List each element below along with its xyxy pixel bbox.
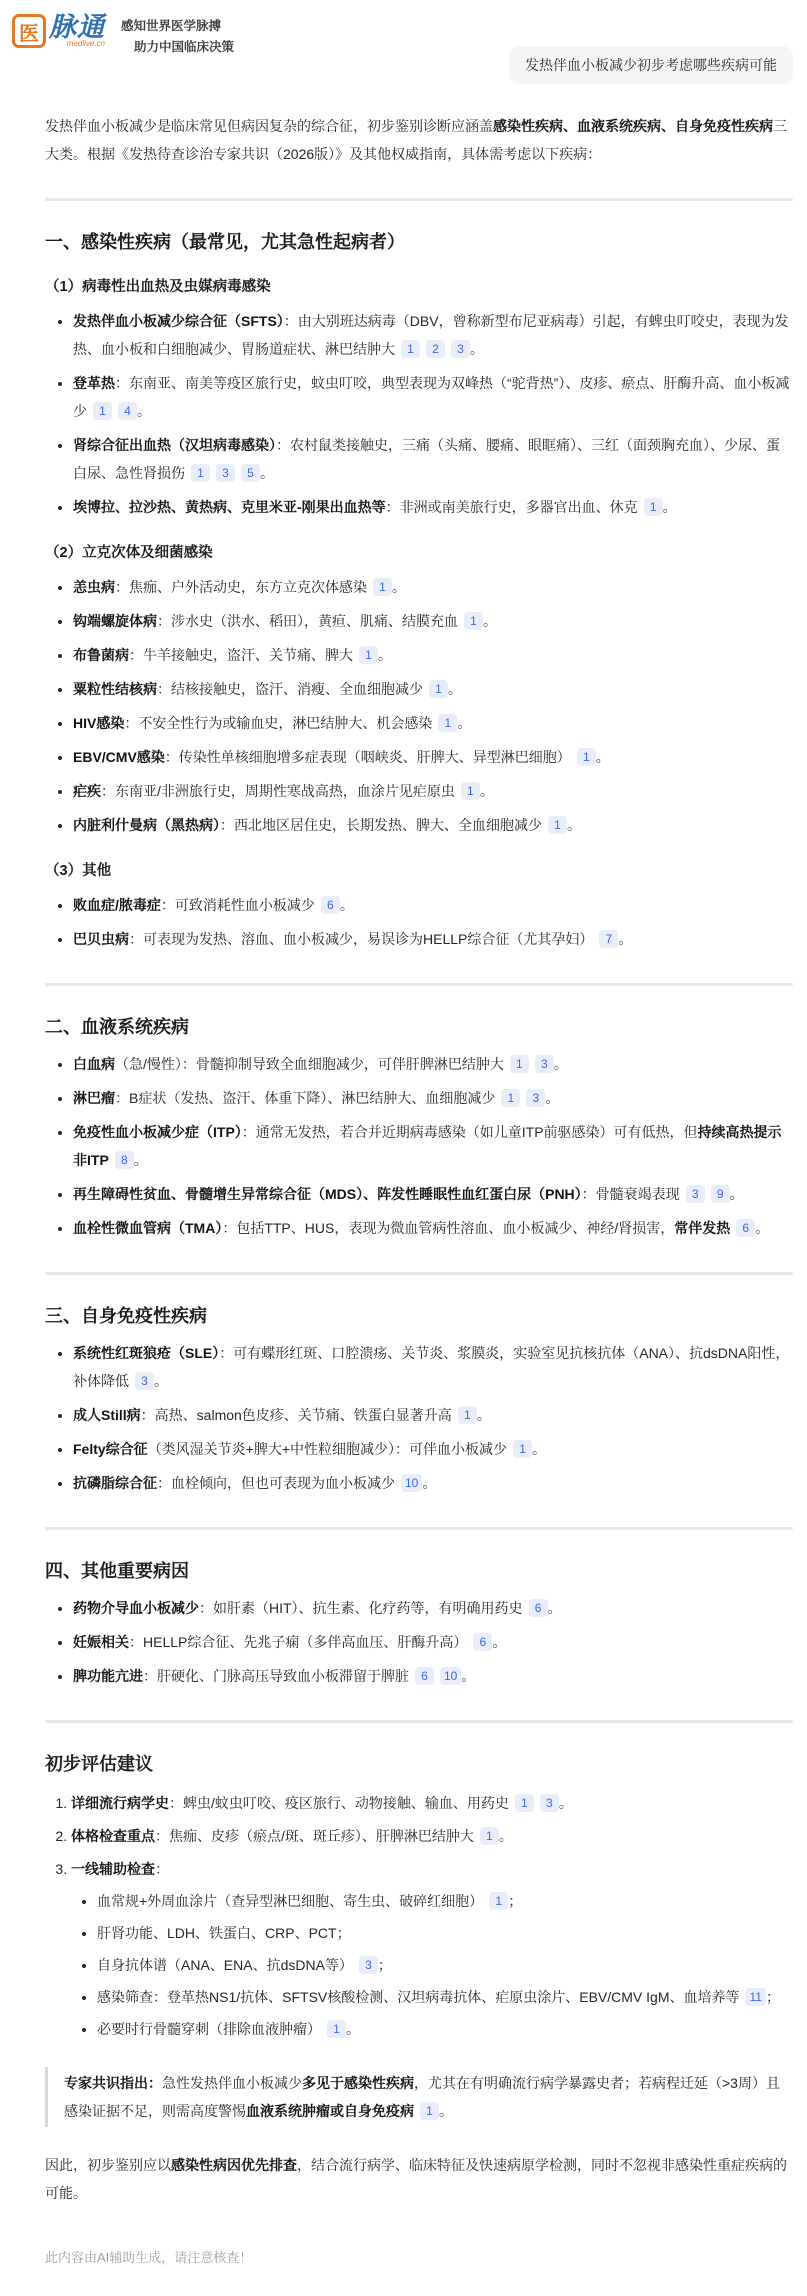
bold-text-segment: 详细流行病学史	[71, 1795, 169, 1811]
text-segment: 。	[448, 681, 462, 697]
section-divider	[45, 198, 793, 201]
text-segment: ：东南亚/非洲旅行史，周期性寒战高热，血涂片见疟原虫	[101, 783, 455, 799]
bold-text-segment: 妊娠相关	[73, 1634, 129, 1650]
text-segment: 。	[137, 403, 151, 419]
text-segment: 。	[457, 715, 471, 731]
sub-list-item: 感染筛查：登革热NS1/抗体、SFTSV核酸检测、汉坦病毒抗体、疟原虫涂片、EB…	[97, 1983, 793, 2011]
text-segment: ；	[766, 1989, 780, 2005]
text-segment: 。	[532, 1441, 546, 1457]
citation-badge[interactable]: 3	[359, 1956, 378, 1974]
text-segment: ；	[378, 1957, 392, 1973]
text-segment: （急/慢性）：骨髓抑制导致全血细胞减少，可伴肝脾淋巴结肿大	[115, 1056, 504, 1072]
citation-badge[interactable]: 6	[321, 896, 340, 914]
text-segment: 肝肾功能、LDH、铁蛋白、CRP、PCT；	[97, 1925, 351, 1941]
list-item: 布鲁菌病：牛羊接触史，盗汗、关节痛、脾大1。	[73, 641, 793, 669]
citation-badge[interactable]: 1	[429, 680, 448, 698]
numbered-item: 一线辅助检查：血常规+外周血涂片（查异型淋巴细胞、寄生虫、破碎红细胞）1；肝肾功…	[71, 1855, 793, 2043]
citation-badge[interactable]: 3	[526, 1089, 545, 1107]
bold-text-segment: 钩端螺旋体病	[73, 613, 157, 629]
list-item: 败血症/脓毒症：可致消耗性血小板减少6。	[73, 891, 793, 919]
text-segment: 。	[545, 1090, 559, 1106]
list-item: 脾功能亢进：肝硬化、门脉高压导致血小板滞留于脾脏610。	[73, 1662, 793, 1690]
list-item: 巴贝虫病：可表现为发热、溶血、血小板减少，易误诊为HELLP综合征（尤其孕妇）7…	[73, 925, 793, 953]
text-segment: 。	[755, 1220, 769, 1236]
text-segment: ；	[508, 1893, 522, 1909]
bold-text-segment: 淋巴瘤	[73, 1090, 115, 1106]
citation-badge[interactable]: 7	[599, 930, 618, 948]
citation-badge[interactable]: 1	[93, 402, 112, 420]
citation-badge[interactable]: 1	[401, 340, 420, 358]
list-item: 再生障碍性贫血、骨髓增生异常综合征（MDS）、阵发性睡眠性血红蛋白尿（PNH）：…	[73, 1180, 793, 1208]
text-segment: ：B症状（发热、盗汗、体重下降）、淋巴结肿大、血细胞减少	[115, 1090, 495, 1106]
text-segment: ：通常无发热，若合并近期病毒感染（如儿童ITP前驱感染）可有低热，但	[242, 1124, 698, 1140]
text-segment: ：高热、salmon色皮疹、关节痛、铁蛋白显著升高	[141, 1407, 452, 1423]
text-segment: ：涉水史（洪水、稻田），黄疸、肌痛、结膜充血	[157, 613, 458, 629]
section-divider	[45, 1720, 793, 1723]
citation-badge[interactable]: 2	[426, 340, 445, 358]
bold-text-segment: 发热伴血小板减少综合征（SFTS）	[73, 313, 284, 329]
citation-badge[interactable]: 1	[420, 2102, 439, 2120]
bullet-list: 发热伴血小板减少综合征（SFTS）：由大别班达病毒（DBV，曾称新型布尼亚病毒）…	[45, 307, 793, 521]
bold-text-segment: 一线辅助检查	[71, 1861, 155, 1877]
citation-badge[interactable]: 3	[540, 1794, 559, 1812]
bold-text-segment: 脾功能亢进	[73, 1668, 143, 1684]
sub-list-item: 自身抗体谱（ANA、ENA、抗dsDNA等）3；	[97, 1951, 793, 1979]
list-item: HIV感染：不安全性行为或输血史，淋巴结肿大、机会感染1。	[73, 709, 793, 737]
text-segment: 。	[346, 2021, 360, 2037]
bullet-list: 败血症/脓毒症：可致消耗性血小板减少6。巴贝虫病：可表现为发热、溶血、血小板减少…	[45, 891, 793, 953]
bold-text-segment: 恙虫病	[73, 579, 115, 595]
text-segment: 。	[559, 1795, 573, 1811]
list-item: 系统性红斑狼疮（SLE）：可有蝶形红斑、口腔溃疡、关节炎、浆膜炎，实验室见抗核抗…	[73, 1339, 793, 1395]
section-heading: 四、其他重要病因	[45, 1558, 793, 1584]
sub-list-item: 必要时行骨髓穿刺（排除血液肿瘤）1。	[97, 2015, 793, 2043]
bold-text-segment: 白血病	[73, 1056, 115, 1072]
text-segment: 。	[554, 1056, 568, 1072]
text-segment: 。	[477, 1407, 491, 1423]
citation-badge[interactable]: 1	[489, 1892, 508, 1910]
bullet-list: 药物介导血小板减少：如肝素（HIT）、抗生素、化疗药等，有明确用药史6。妊娠相关…	[45, 1594, 793, 1690]
citation-badge[interactable]: 1	[438, 714, 457, 732]
numbered-list: 详细流行病学史：蜱虫/蚊虫叮咬、疫区旅行、动物接触、输血、用药史13。体格检查重…	[45, 1789, 793, 2043]
bold-text-segment: 再生障碍性贫血、骨髓增生异常综合征（MDS）、阵发性睡眠性血红蛋白尿（PNH）	[73, 1186, 582, 1202]
bold-text-segment: 药物介导血小板减少	[73, 1600, 199, 1616]
citation-badge[interactable]: 1	[458, 1406, 477, 1424]
citation-badge[interactable]: 1	[464, 612, 483, 630]
bold-text-segment: 体格检查重点	[71, 1828, 155, 1844]
user-message-bubble: 发热伴血小板减少初步考虑哪些疾病可能	[509, 46, 793, 84]
text-segment: 。	[439, 2103, 453, 2119]
text-segment: 。	[260, 465, 274, 481]
text-segment: ：包括TTP、HUS，表现为微血管病性溶血、血小板减少、神经/肾损害，	[222, 1220, 674, 1236]
bold-text-segment: 肾综合征出血热（汉坦病毒感染）	[73, 437, 276, 453]
citation-badge[interactable]: 1	[548, 816, 567, 834]
text-segment: ：骨髓衰竭表现	[582, 1186, 680, 1202]
citation-badge[interactable]: 3	[216, 464, 235, 482]
intro-paragraph: 发热伴血小板减少是临床常见但病因复杂的综合征，初步鉴别诊断应涵盖感染性疾病、血液…	[45, 112, 793, 168]
list-item: 血栓性微血管病（TMA）：包括TTP、HUS，表现为微血管病性溶血、血小板减少、…	[73, 1214, 793, 1242]
citation-badge[interactable]: 1	[191, 464, 210, 482]
citation-badge[interactable]: 3	[135, 1372, 154, 1390]
bold-text-segment: 系统性红斑狼疮（SLE）	[73, 1345, 219, 1361]
subsection-heading: （1）病毒性出血热及虫媒病毒感染	[45, 277, 793, 297]
bold-text-segment: 布鲁菌病	[73, 647, 129, 663]
bullet-list: 系统性红斑狼疮（SLE）：可有蝶形红斑、口腔溃疡、关节炎、浆膜炎，实验室见抗核抗…	[45, 1339, 793, 1497]
text-segment: 因此，初步鉴别应以	[45, 2157, 171, 2173]
subsection-heading: （2）立克次体及细菌感染	[45, 543, 793, 563]
sub-list-item: 血常规+外周血涂片（查异型淋巴细胞、寄生虫、破碎红细胞）1；	[97, 1887, 793, 1915]
section-divider	[45, 1527, 793, 1530]
text-segment: ：	[155, 1861, 169, 1877]
bold-text-segment: 免疫性血小板减少症（ITP）	[73, 1124, 242, 1140]
list-item: 药物介导血小板减少：如肝素（HIT）、抗生素、化疗药等，有明确用药史6。	[73, 1594, 793, 1622]
text-segment: ：可致消耗性血小板减少	[161, 897, 315, 913]
citation-badge[interactable]: 6	[736, 1219, 755, 1237]
text-segment: 。	[567, 817, 581, 833]
list-item: 成人Still病：高热、salmon色皮疹、关节痛、铁蛋白显著升高1。	[73, 1401, 793, 1429]
list-item: EBV/CMV感染：传染性单核细胞增多症表现（咽峡炎、肝脾大、异型淋巴细胞）1。	[73, 743, 793, 771]
text-segment: 血常规+外周血涂片（查异型淋巴细胞、寄生虫、破碎红细胞）	[97, 1893, 483, 1909]
text-segment: ：结核接触史，盗汗、消瘦、全血细胞减少	[157, 681, 423, 697]
citation-badge[interactable]: 1	[510, 1055, 529, 1073]
text-segment: 。	[480, 783, 494, 799]
citation-badge[interactable]: 3	[686, 1185, 705, 1203]
citation-badge[interactable]: 8	[115, 1151, 134, 1169]
list-item: 淋巴瘤：B症状（发热、盗汗、体重下降）、淋巴结肿大、血细胞减少13。	[73, 1084, 793, 1112]
bold-text-segment: 常伴发热	[674, 1220, 730, 1236]
logo-yi-mark: 医	[12, 14, 46, 48]
bullet-list: 恙虫病：焦痂、户外活动史，东方立克次体感染1。钩端螺旋体病：涉水史（洪水、稻田）…	[45, 573, 793, 839]
text-segment: 。	[470, 341, 484, 357]
list-item: 内脏利什曼病（黑热病）：西北地区居住史，长期发热、脾大、全血细胞减少1。	[73, 811, 793, 839]
citation-badge[interactable]: 1	[480, 1827, 499, 1845]
text-segment: 。	[548, 1600, 562, 1616]
text-segment: 。	[596, 749, 610, 765]
text-segment: 。	[134, 1152, 148, 1168]
text-segment: ：非洲或南美旅行史，多器官出血、休克	[386, 499, 638, 515]
bold-text-segment: HIV感染	[73, 715, 124, 731]
text-segment: 。	[154, 1373, 168, 1389]
tagline-line1: 感知世界医学脉搏	[121, 16, 234, 37]
bold-text-segment: 抗磷脂综合征	[73, 1475, 157, 1491]
citation-badge[interactable]: 1	[644, 498, 663, 516]
medlive-logo: 医 脉通 medlive.cn	[12, 12, 105, 48]
text-segment: ：蜱虫/蚊虫叮咬、疫区旅行、动物接触、输血、用药史	[169, 1795, 509, 1811]
section-heading: 二、血液系统疾病	[45, 1014, 793, 1040]
citation-badge[interactable]: 9	[711, 1185, 730, 1203]
citation-badge[interactable]: 11	[745, 1988, 765, 2006]
citation-badge[interactable]: 10	[440, 1667, 461, 1685]
bold-text-segment: Felty综合征	[73, 1441, 148, 1457]
list-item: 妊娠相关：HELLP综合征、先兆子痫（多伴高血压、肝酶升高）6。	[73, 1628, 793, 1656]
citation-badge[interactable]: 1	[577, 748, 596, 766]
citation-badge[interactable]: 6	[529, 1599, 548, 1617]
text-segment: 。	[340, 897, 354, 913]
conclusion-paragraph: 因此，初步鉴别应以感染性病因优先排查，结合流行病学、临床特征及快速病原学检测，同…	[45, 2151, 793, 2207]
citation-badge[interactable]: 5	[241, 464, 260, 482]
section-divider	[45, 1272, 793, 1275]
logo-wordmark: 脉通	[49, 12, 105, 42]
text-segment: 。	[499, 1828, 513, 1844]
citation-badge[interactable]: 6	[415, 1667, 434, 1685]
text-segment: ：血栓倾向，但也可表现为血小板减少	[157, 1475, 395, 1491]
logo-domain: medlive.cn	[49, 39, 105, 48]
list-item: 疟疾：东南亚/非洲旅行史，周期性寒战高热，血涂片见疟原虫1。	[73, 777, 793, 805]
list-item: 肾综合征出血热（汉坦病毒感染）：农村鼠类接触史，三痛（头痛、腰痛、眼眶痛）、三红…	[73, 431, 793, 487]
citation-badge[interactable]: 1	[515, 1794, 534, 1812]
text-segment: 。	[392, 579, 406, 595]
page-header: 医 脉通 medlive.cn 感知世界医学脉搏 助力中国临床决策	[0, 0, 807, 52]
text-segment: 必要时行骨髓穿刺（排除血液肿瘤）	[97, 2021, 321, 2037]
bold-text-segment: 感染性病因优先排查	[171, 2157, 297, 2173]
citation-badge[interactable]: 6	[473, 1633, 492, 1651]
text-segment: 急性发热伴血小板减少	[162, 2075, 302, 2091]
text-segment: ：东南亚、南美等疫区旅行史，蚊虫叮咬，典型表现为双峰热（“驼背热”）、皮疹、瘀点…	[73, 375, 789, 419]
bold-text-segment: 血液系统肿瘤或自身免疫病	[246, 2103, 414, 2119]
subsection-heading: （3）其他	[45, 861, 793, 881]
citation-badge[interactable]: 4	[118, 402, 137, 420]
ai-disclaimer: 此内容由AI辅助生成，请注意核查！	[45, 2247, 793, 2266]
citation-badge[interactable]: 3	[451, 340, 470, 358]
text-segment: 。	[730, 1186, 744, 1202]
tagline-line2: 助力中国临床决策	[121, 37, 234, 58]
citation-badge[interactable]: 10	[401, 1474, 422, 1492]
bold-text-segment: 埃博拉、拉沙热、黄热病、克里米亚-刚果出血热等	[73, 499, 386, 515]
bold-text-segment: 内脏利什曼病（黑热病）	[73, 817, 220, 833]
sub-bullet-list: 血常规+外周血涂片（查异型淋巴细胞、寄生虫、破碎红细胞）1；肝肾功能、LDH、铁…	[71, 1887, 793, 2043]
list-item: 免疫性血小板减少症（ITP）：通常无发热，若合并近期病毒感染（如儿童ITP前驱感…	[73, 1118, 793, 1174]
list-item: 发热伴血小板减少综合征（SFTS）：由大别班达病毒（DBV，曾称新型布尼亚病毒）…	[73, 307, 793, 363]
answer-body: 发热伴血小板减少是临床常见但病因复杂的综合征，初步鉴别诊断应涵盖感染性疾病、血液…	[0, 84, 807, 2207]
bold-text-segment: 多见于感染性疾病	[302, 2075, 414, 2091]
section-divider	[45, 983, 793, 986]
text-segment: ：焦痂、户外活动史，东方立克次体感染	[115, 579, 367, 595]
text-segment: ：肝硬化、门脉高压导致血小板滞留于脾脏	[143, 1668, 409, 1684]
bold-text-segment: 感染性疾病、血液系统疾病、自身免疫性疾病	[493, 118, 773, 134]
list-item: 钩端螺旋体病：涉水史（洪水、稻田），黄疸、肌痛、结膜充血1。	[73, 607, 793, 635]
text-segment: 。	[618, 931, 632, 947]
text-segment: ：如肝素（HIT）、抗生素、化疗药等，有明确用药史	[199, 1600, 523, 1616]
text-segment: 。	[422, 1475, 436, 1491]
bold-text-segment: EBV/CMV感染	[73, 749, 165, 765]
numbered-item: 体格检查重点：焦痂、皮疹（瘀点/斑、斑丘疹）、肝脾淋巴结肿大1。	[71, 1822, 793, 1850]
section-heading: 三、自身免疫性疾病	[45, 1303, 793, 1329]
text-segment: 自身抗体谱（ANA、ENA、抗dsDNA等）	[97, 1957, 353, 1973]
text-segment: 。	[663, 499, 677, 515]
bold-text-segment: 巴贝虫病	[73, 931, 129, 947]
numbered-item: 详细流行病学史：蜱虫/蚊虫叮咬、疫区旅行、动物接触、输血、用药史13。	[71, 1789, 793, 1817]
bold-text-segment: 疟疾	[73, 783, 101, 799]
citation-badge[interactable]: 3	[535, 1055, 554, 1073]
text-segment: （类风湿关节炎+脾大+中性粒细胞减少）：可伴血小板减少	[148, 1441, 507, 1457]
list-item: 抗磷脂综合征：血栓倾向，但也可表现为血小板减少10。	[73, 1469, 793, 1497]
bullet-list: 白血病（急/慢性）：骨髓抑制导致全血细胞减少，可伴肝脾淋巴结肿大13。淋巴瘤：B…	[45, 1050, 793, 1242]
text-segment: 。	[483, 613, 497, 629]
citation-badge[interactable]: 1	[461, 782, 480, 800]
citation-badge[interactable]: 1	[327, 2020, 346, 2038]
citation-badge[interactable]: 1	[359, 646, 378, 664]
citation-badge[interactable]: 1	[501, 1089, 520, 1107]
text-segment: ：传染性单核细胞增多症表现（咽峡炎、肝脾大、异型淋巴细胞）	[165, 749, 571, 765]
list-item: Felty综合征（类风湿关节炎+脾大+中性粒细胞减少）：可伴血小板减少1。	[73, 1435, 793, 1463]
list-item: 恙虫病：焦痂、户外活动史，东方立克次体感染1。	[73, 573, 793, 601]
brand-tagline: 感知世界医学脉搏 助力中国临床决策	[121, 12, 234, 57]
list-item: 粟粒性结核病：结核接触史，盗汗、消瘦、全血细胞减少1。	[73, 675, 793, 703]
text-segment: 。	[492, 1634, 506, 1650]
list-item: 登革热：东南亚、南美等疫区旅行史，蚊虫叮咬，典型表现为双峰热（“驼背热”）、皮疹…	[73, 369, 793, 425]
citation-badge[interactable]: 1	[373, 578, 392, 596]
bold-text-segment: 血栓性微血管病（TMA）	[73, 1220, 222, 1236]
section-heading: 初步评估建议	[45, 1751, 793, 1777]
citation-badge[interactable]: 1	[513, 1440, 532, 1458]
list-item: 埃博拉、拉沙热、黄热病、克里米亚-刚果出血热等：非洲或南美旅行史，多器官出血、休…	[73, 493, 793, 521]
sub-list-item: 肝肾功能、LDH、铁蛋白、CRP、PCT；	[97, 1919, 793, 1947]
text-segment: ：HELLP综合征、先兆子痫（多伴高血压、肝酶升高）	[129, 1634, 467, 1650]
bold-text-segment: 成人Still病	[73, 1407, 141, 1423]
text-segment: 发热伴血小板减少是临床常见但病因复杂的综合征，初步鉴别诊断应涵盖	[45, 118, 493, 134]
text-segment: ：可表现为发热、溶血、血小板减少，易误诊为HELLP综合征（尤其孕妇）	[129, 931, 593, 947]
text-segment: ：牛羊接触史，盗汗、关节痛、脾大	[129, 647, 353, 663]
section-heading: 一、感染性疾病（最常见，尤其急性起病者）	[45, 229, 793, 255]
bold-text-segment: 专家共识指出：	[64, 2075, 162, 2091]
bold-text-segment: 登革热	[73, 375, 115, 391]
text-segment: ：不安全性行为或输血史，淋巴结肿大、机会感染	[124, 715, 432, 731]
list-item: 白血病（急/慢性）：骨髓抑制导致全血细胞减少，可伴肝脾淋巴结肿大13。	[73, 1050, 793, 1078]
bold-text-segment: 败血症/脓毒症	[73, 897, 161, 913]
text-segment: 。	[461, 1668, 475, 1684]
text-segment: ：焦痂、皮疹（瘀点/斑、斑丘疹）、肝脾淋巴结肿大	[155, 1828, 474, 1844]
expert-consensus-quote: 专家共识指出：急性发热伴血小板减少多见于感染性疾病，尤其在有明确流行病学暴露史者…	[45, 2067, 793, 2127]
text-segment: 。	[378, 647, 392, 663]
bold-text-segment: 粟粒性结核病	[73, 681, 157, 697]
text-segment: 感染筛查：登革热NS1/抗体、SFTSV核酸检测、汉坦病毒抗体、疟原虫涂片、EB…	[97, 1989, 739, 2005]
text-segment: ：西北地区居住史，长期发热、脾大、全血细胞减少	[220, 817, 542, 833]
